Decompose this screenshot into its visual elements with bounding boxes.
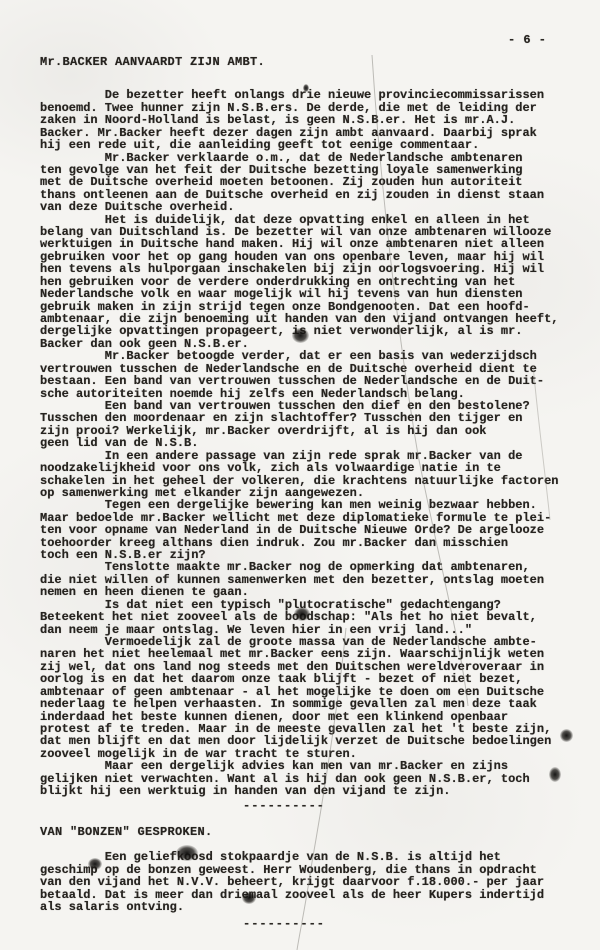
paragraph: Tegen een dergelijke bewering kan men we… [40,499,590,561]
paragraph: Mr.Backer verklaarde o.m., dat de Nederl… [40,152,590,214]
article-2-title: VAN "BONZEN" GESPROKEN. [40,826,590,838]
section-separator: ---------- [243,918,590,930]
paragraph: Is dat niet een typisch "plutocratische"… [40,599,590,636]
paragraph: Tenslotte maakte mr.Backer nog de opmerk… [40,561,590,598]
paragraph: In een andere passage van zijn rede spra… [40,450,590,500]
section-separator: ---------- [243,800,590,812]
paragraph: De bezetter heeft onlangs drie nieuwe pr… [40,89,590,151]
page-content: Mr.BACKER AANVAARDT ZIJN AMBT. De bezett… [40,56,590,931]
page-number: - 6 - [508,34,547,46]
article-bonzen: VAN "BONZEN" GESPROKEN. Een geliefkoosd … [40,826,590,931]
paragraph: Een geliefkoosd stokpaardje van de N.S.B… [40,851,590,913]
article-backer: Mr.BACKER AANVAARDT ZIJN AMBT. De bezett… [40,56,590,813]
paragraph: Een band van vertrouwen tusschen den die… [40,400,590,450]
article-1-title: Mr.BACKER AANVAARDT ZIJN AMBT. [40,56,590,68]
paragraph: Vermoedelijk zal de groote massa van de … [40,636,590,760]
paragraph: Maar een dergelijk advies kan men van mr… [40,760,590,797]
paragraph: Mr.Backer betoogde verder, dat er een ba… [40,350,590,400]
paragraph: Het is duidelijk, dat deze opvatting enk… [40,214,590,351]
scanned-document-page: - 6 - Mr.BACKER AANVAARDT ZIJN AMBT. De … [0,0,600,950]
